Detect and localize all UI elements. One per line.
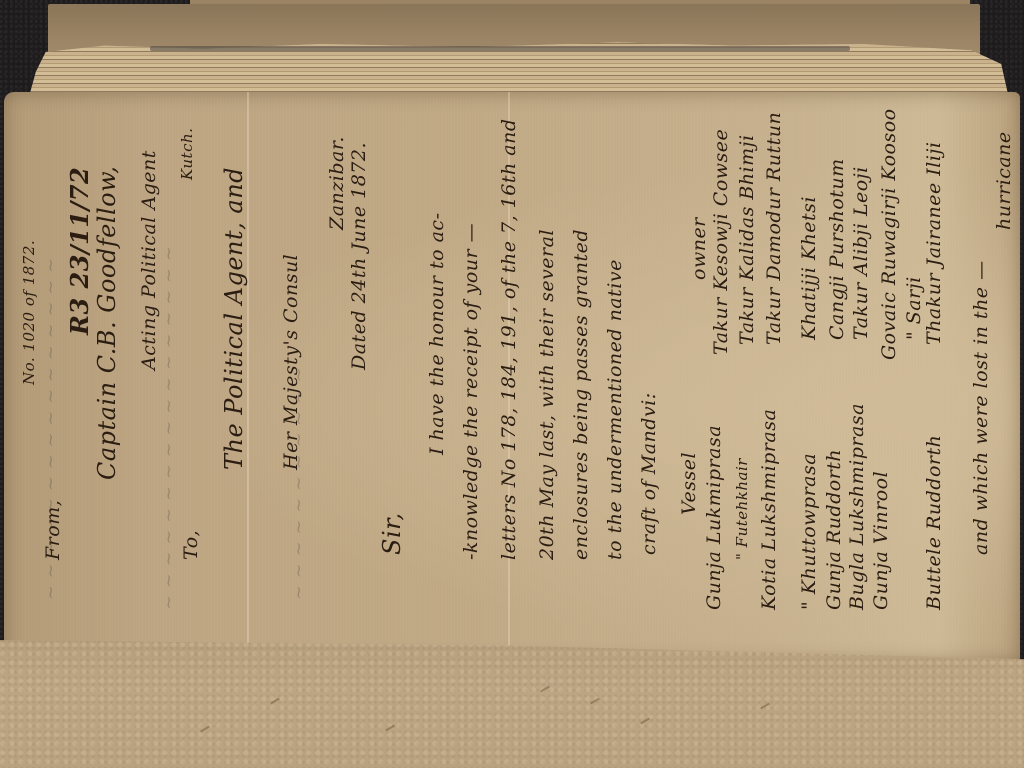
- table-row-vessel: " Khuttowprasa: [800, 453, 819, 610]
- table-row-owner: Takur Alibji Leoji: [852, 166, 871, 340]
- table-row-vessel: Kotia Lukshmiprasa: [760, 409, 779, 610]
- recipient-line-1: The Political Agent, and: [222, 167, 246, 470]
- sender-title: Acting Political Agent: [140, 150, 159, 370]
- from-label: From,: [44, 500, 63, 560]
- date-line: Dated 24th June 1872.: [350, 142, 369, 370]
- salutation: Sir,: [380, 512, 404, 555]
- table-row-owner: Thakur Jairanee Iliji: [925, 142, 944, 345]
- table-row-owner: Govaic Ruwagirji Koosoo: [880, 108, 899, 360]
- body-line: enclosures being passes granted: [572, 229, 591, 560]
- table-header-owner: owner: [690, 217, 709, 280]
- to-label: To,: [182, 530, 201, 560]
- body-line: letters No 178, 184, 191, of the 7, 16th…: [500, 119, 519, 561]
- body-line: to the undermentioned native: [606, 259, 625, 560]
- page-edge-shadow: [150, 46, 850, 51]
- table-row-vessel: Bugla Lukshmiprasa: [848, 403, 867, 610]
- table-row-owner: Cangji Purshotum: [828, 158, 847, 340]
- table-row-owner: Takur Kesowji Cowsee: [712, 129, 731, 355]
- table-row-vessel: Gunja Ruddorth: [825, 449, 844, 610]
- recipient-line-2: Her Majesty's Consul: [282, 254, 301, 470]
- reference-number: No. 1020 of 1872.: [22, 240, 37, 385]
- body-line: -knowledge the receipt of your —: [462, 223, 481, 560]
- body-line: 20th May last, with their several: [538, 229, 557, 560]
- table-row-owner: Takur Kalidas Bhimji: [738, 134, 757, 345]
- recipient-location: Zanzibar.: [328, 136, 347, 230]
- table-row-owner: " Sarji: [905, 276, 924, 340]
- received-stamp: R3 23/11/72: [68, 167, 92, 335]
- table-header-vessel: Vessel: [680, 452, 699, 515]
- bleed-through-text: ~ ~ ~ ~ ~ ~ ~ ~ ~ ~ ~ ~ ~ ~ ~ ~ ~: [160, 246, 178, 610]
- sender-name: Captain C.B. Goodfellow,: [95, 166, 119, 480]
- closing-line: hurricane: [995, 131, 1014, 230]
- body-line: craft of Mandvi:: [640, 392, 659, 555]
- table-row-vessel: Gunja Vinrool: [872, 471, 891, 610]
- table-row-vessel: Buttele Ruddorth: [925, 435, 944, 610]
- table-row-owner: Khatijji Khetsi: [800, 196, 819, 340]
- body-line: I have the honour to ac-: [428, 213, 447, 456]
- table-row-owner: Takur Damodur Ruttun: [765, 112, 784, 345]
- table-row-vessel: Gunja Lukmiprasa: [705, 425, 724, 610]
- table-row-vessel: " Futehkhair: [735, 458, 750, 560]
- sender-location: Kutch.: [180, 128, 195, 180]
- closing-line: and which were lost in the —: [972, 260, 991, 555]
